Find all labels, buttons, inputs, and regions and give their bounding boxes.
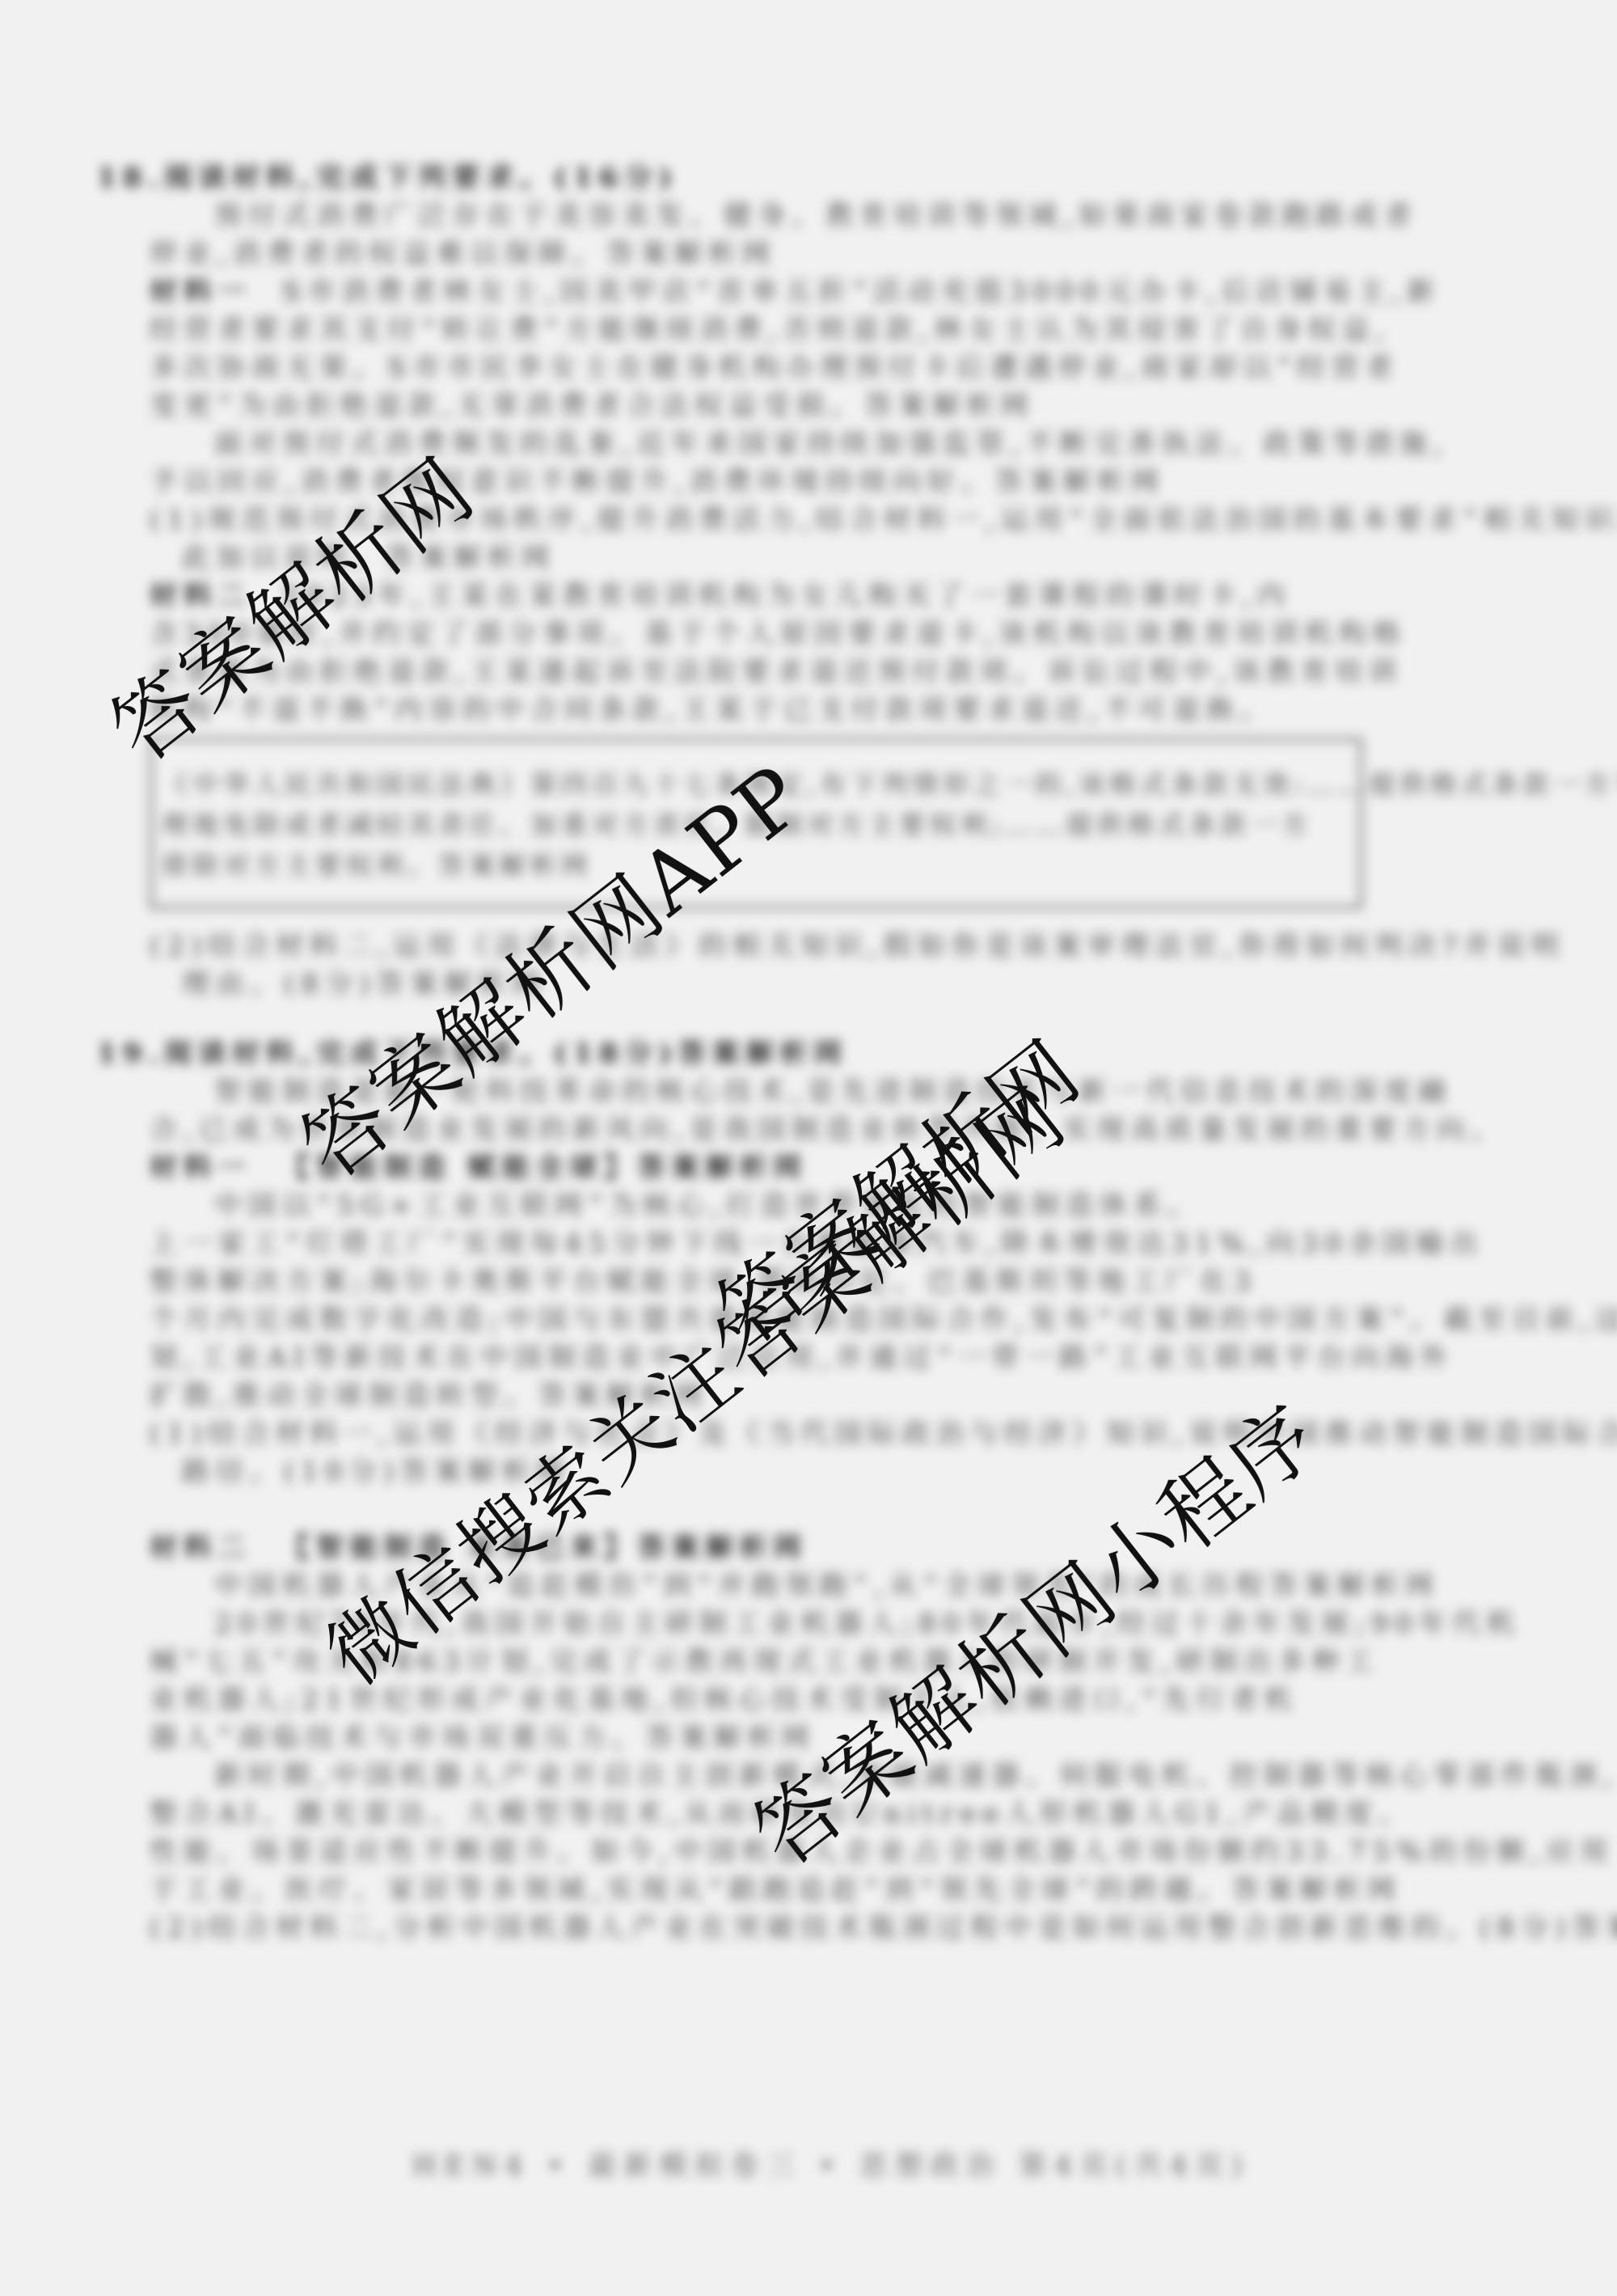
material-text: S市消费者林女士,因美甲店“首单五折”活动充值3000元办卡,后店铺易主,新 <box>282 276 1441 308</box>
legal-box-line-1: 《中华人民共和国民法典》第四百九十七条规定,有下列情形之一的,该格式条款无效:…… <box>162 768 1617 801</box>
q19-material-1-line-4: 个月内完成数字化改造;中国与东盟共建智能制造国际合作,发布“可复制的中国方案”。… <box>150 1304 1617 1336</box>
material-text: 2023年,王某在某教育培训机构为女儿购买了一套课程的课时卡,内 <box>282 580 1291 612</box>
q18-material-2-line-4: 机构“不退不换”内容的中合同条款,王某于已支付款项要求退还,不可退换。 <box>150 694 1273 726</box>
page-footer: HEN4 • 最新模拟卷三 • 思想政治 第4页(共4页) <box>412 2143 1250 2183</box>
q18-material-1-line-6: 予以回应,消费者维权意识不断提升,消费环境持续向好。答案解析网 <box>150 466 1165 498</box>
exam-page: 18.阅读材料,完成下列要求。(16分) 预付式消费广泛存在于美容美发、健身、教… <box>0 0 1617 2296</box>
blurred-exam-content: 18.阅读材料,完成下列要求。(16分) 预付式消费广泛存在于美容美发、健身、教… <box>0 0 1617 2296</box>
q18-subquestion-2-line-1: (2)结合材料二,运用《法律与生活》的相关知识,假如你是该案审理法官,你将如何判… <box>150 930 1565 962</box>
q18-intro-line-1: 预付式消费广泛存在于美容美发、健身、教育培训等领域,如果商家卷款跑路或者 <box>214 200 1418 232</box>
q18-material-2-line-3: 式条款为由拒绝退款,王某遂起诉至法院要求退还预付款项。诉讼过程中,该教育培训 <box>150 656 1403 688</box>
q18-material-1-line-1: 材料一 S市消费者林女士,因美甲店“首单五折”活动充值3000元办卡,后店铺易主… <box>150 276 1441 308</box>
q19-subquestion-1-line-1: (1)结合材料一,运用《经济与社会》及《当代国际政治与经济》知识,说明中国推动智… <box>150 1418 1617 1450</box>
q19-material-1-line-1: 中国以“5G+工业互联网”为核心,打造世界领先的智能制造体系。 <box>214 1190 1201 1222</box>
q19-material-2-line-4: 业机器人;21世纪形成产业化基地,但核心技术受制于人,依赖进口,“先行者机 <box>150 1684 1298 1716</box>
question-prompt: 阅读材料,完成下列要求。(16分) <box>164 162 678 194</box>
q19-material-2-line-9: 于工业、医疗、家居等多领域,实现从“跟跑追赶”到“领先全球”的跨越。答案解析网 <box>150 1874 1401 1906</box>
q19-subquestion-2-line-1: (2)结合材料二,分析中国机器人产业在突破技术瓶颈过程中是如何运用整合创新思维的… <box>150 1912 1617 1944</box>
q18-material-1-line-5: 面对预付式消费频发的乱象,近年来国家持续加强监管,不断完善执法、政策等措施, <box>214 428 1448 460</box>
q18-material-1-line-3: 多次协商无果。S市市民李女士在健身机构办理预付卡后遭遇停业,商家却以“经营者 <box>150 352 1399 384</box>
q19-material-2-line-8: 性能、场景适应性不断提升。如今,中国机器人企业占全球机器人市场份额约33.75%… <box>150 1836 1614 1868</box>
q19-material-1-header: 材料一 【智能制造 赋能全球】答案解析网 <box>150 1152 807 1184</box>
material-label: 材料一 <box>150 276 251 308</box>
question-number: 19. <box>97 1038 164 1070</box>
q18-material-1-line-2: 经营者要求其支付“转让费”方能继续消费,否则退款,林女士认为其侵害了自身权益, <box>150 314 1391 346</box>
legal-box-line-3: 排除对方主要权利。答案解析网 <box>162 849 592 882</box>
question-number: 18. <box>97 162 164 194</box>
q18-intro-line-2: 停业,消费者的权益难以保障。答案解析网 <box>150 238 776 270</box>
material-label: 材料一 <box>150 1152 251 1184</box>
q18-material-1-line-4: 变更”为由拒绝退款,无辜消费者合法权益受损。答案解析网 <box>150 390 1034 422</box>
q19-material-2-line-5: 器人”面临技术与市场双重压力。答案解析网 <box>150 1722 815 1754</box>
material-label: 材料二 <box>150 1532 251 1564</box>
question-18-header: 18.阅读材料,完成下列要求。(16分) <box>97 162 678 194</box>
